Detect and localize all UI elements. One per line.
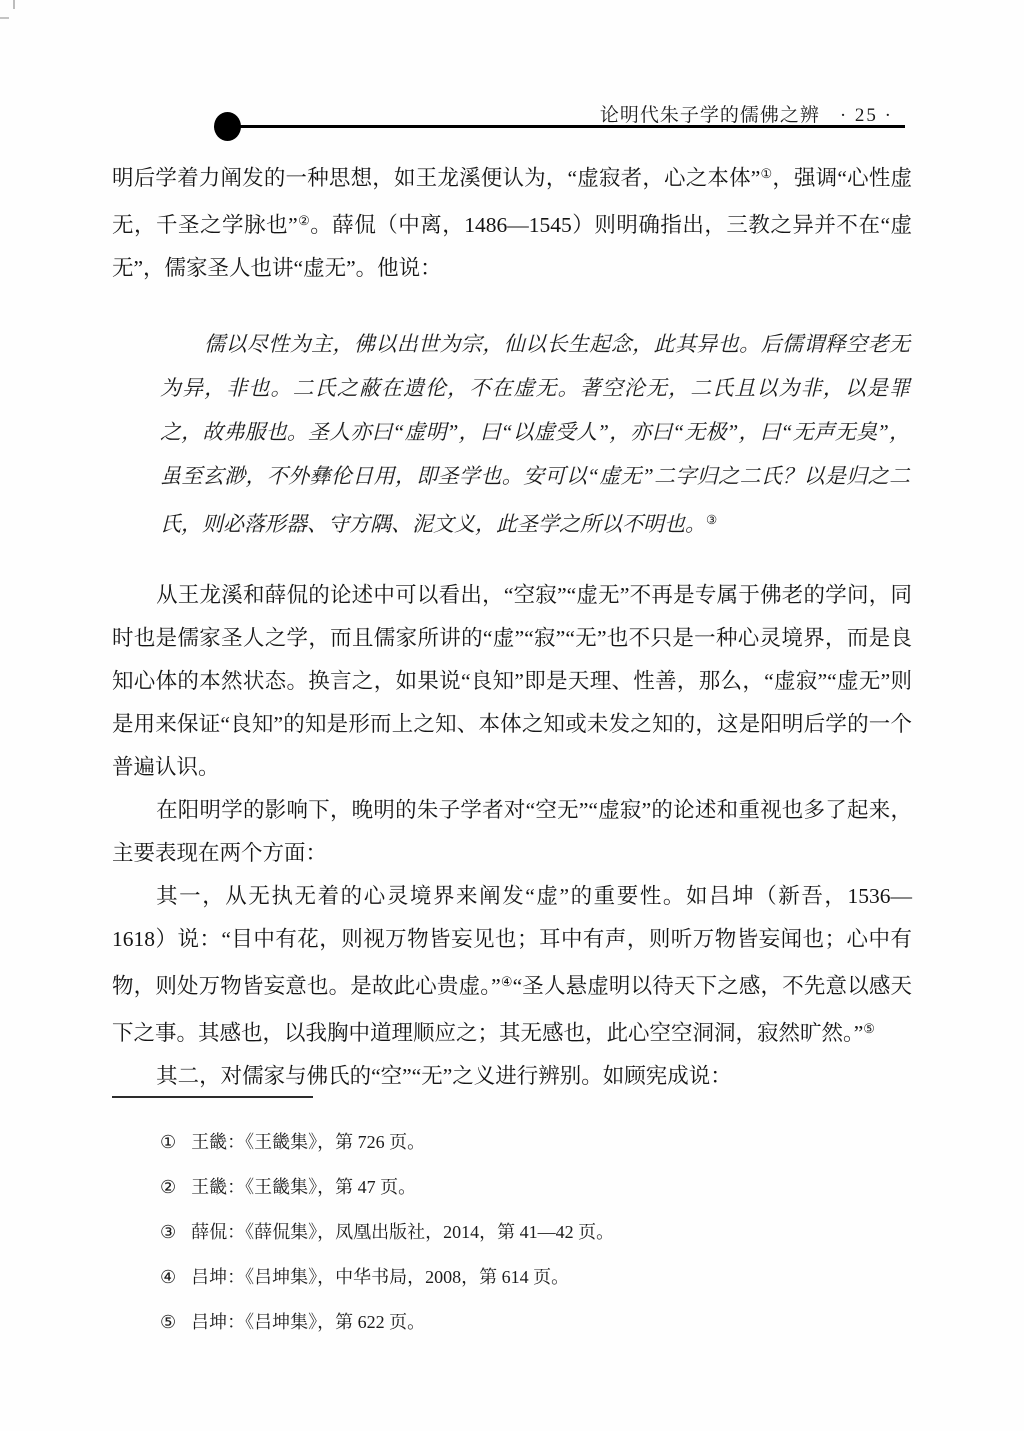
page: 论明代朱子学的儒佛之辨· 25 · 明后学着力阐发的一种思想，如王龙溪便认为，“… <box>0 0 1024 1431</box>
footnote-item: ③ 薛侃：《薛侃集》，凤凰出版社，2014，第 41—42 页。 <box>160 1210 912 1255</box>
paragraph: 其一，从无执无着的心灵境界来阐发“虚”的重要性。如吕坤（新吾，1536—1618… <box>112 875 912 1055</box>
paragraph: 在阳明学的影响下，晚明的朱子学者对“空无”“虚寂”的论述和重视也多了起来，主要表… <box>112 789 912 875</box>
running-header-title: 论明代朱子学的儒佛之辨 <box>600 105 820 126</box>
footnote-number: ② <box>160 1165 176 1210</box>
paragraph: 从王龙溪和薛侃的论述中可以看出，“空寂”“虚无”不再是专属于佛老的学问，同时也是… <box>112 574 912 789</box>
footnote-text: 吕坤：《吕坤集》，中华书局，2008，第 614 页。 <box>191 1255 912 1300</box>
footnote-reference-mark: ④ <box>501 975 513 989</box>
footnote-item: ④ 吕坤：《吕坤集》，中华书局，2008，第 614 页。 <box>160 1255 912 1300</box>
footnote-number: ⑤ <box>160 1300 176 1345</box>
footnote-item: ⑤ 吕坤：《吕坤集》，第 622 页。 <box>160 1300 912 1345</box>
footnote-reference-mark: ⑤ <box>863 1022 875 1036</box>
footnote-reference-mark: ② <box>298 214 311 228</box>
footnote-item: ① 王畿：《王畿集》，第 726 页。 <box>160 1120 912 1165</box>
crop-mark-vertical <box>13 0 15 9</box>
footnote-item: ② 王畿：《王畿集》，第 47 页。 <box>160 1165 912 1210</box>
footnote-number: ① <box>160 1120 176 1165</box>
footnote-list: ① 王畿：《王畿集》，第 726 页。 ② 王畿：《王畿集》，第 47 页。 ③… <box>112 1120 912 1345</box>
crop-mark-horizontal <box>0 17 9 19</box>
running-header: 论明代朱子学的儒佛之辨· 25 · <box>0 100 893 127</box>
footnote-reference-mark: ③ <box>706 513 717 527</box>
footnote-text: 王畿：《王畿集》，第 726 页。 <box>191 1120 912 1165</box>
footnote-number: ④ <box>160 1255 176 1300</box>
footnote-text: 王畿：《王畿集》，第 47 页。 <box>191 1165 912 1210</box>
header-bullet-ornament <box>214 112 241 141</box>
footnotes: ① 王畿：《王畿集》，第 726 页。 ② 王畿：《王畿集》，第 47 页。 ③… <box>112 1096 912 1345</box>
footnote-reference-mark: ① <box>760 167 772 181</box>
footnote-divider <box>112 1096 313 1098</box>
header-rule <box>240 125 905 128</box>
footnote-number: ③ <box>160 1210 176 1255</box>
body-text: 明后学着力阐发的一种思想，如王龙溪便认为，“虚寂者，心之本体”①，强调“心性虚无… <box>112 153 912 1098</box>
footnote-text: 吕坤：《吕坤集》，第 622 页。 <box>191 1300 912 1345</box>
paragraph: 其二，对儒家与佛氏的“空”“无”之义进行辨别。如顾宪成说： <box>112 1055 912 1098</box>
footnote-text: 薛侃：《薛侃集》，凤凰出版社，2014，第 41—42 页。 <box>191 1210 912 1255</box>
page-number: · 25 · <box>840 105 893 126</box>
paragraph-continuation: 明后学着力阐发的一种思想，如王龙溪便认为，“虚寂者，心之本体”①，强调“心性虚无… <box>112 153 912 290</box>
quote-block: 儒以尽性为主，佛以出世为宗，仙以长生起念，此其异也。后儒谓释空老无为异，非也。二… <box>160 322 910 546</box>
